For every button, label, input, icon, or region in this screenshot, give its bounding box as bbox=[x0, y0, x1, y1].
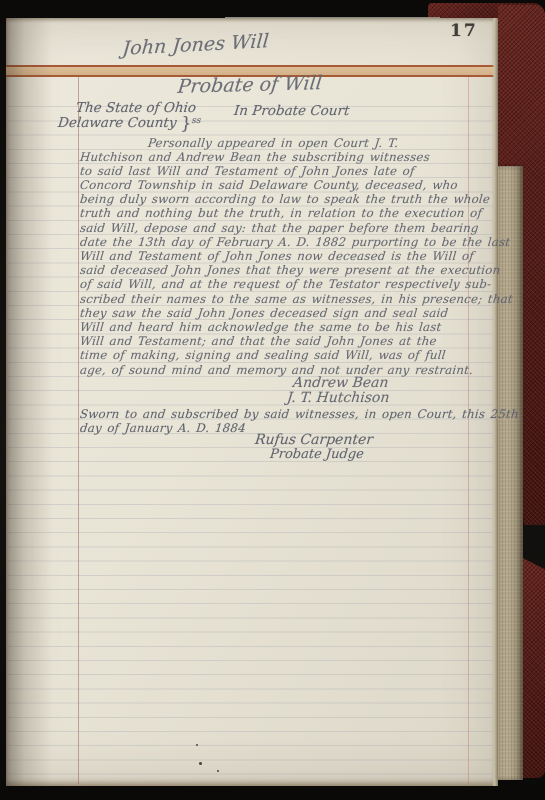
page-number: 17 bbox=[450, 21, 478, 41]
body-line: being duly sworn according to law to spe… bbox=[79, 192, 491, 206]
paper-speck bbox=[199, 762, 202, 765]
body-line: Will and Testament of John Jones now dec… bbox=[79, 249, 474, 263]
witness-signature-1: Andrew Bean bbox=[292, 375, 389, 391]
body-line: Will and Testament; and that the said Jo… bbox=[79, 334, 437, 348]
court-caption: In Probate Court bbox=[233, 103, 350, 119]
ss-label: ss bbox=[191, 116, 201, 126]
body-line: said deceased John Jones that they were … bbox=[79, 263, 501, 277]
gutter-shadow bbox=[6, 18, 52, 786]
body-line: truth and nothing but the truth, in rela… bbox=[79, 206, 483, 220]
right-margin-line bbox=[468, 74, 469, 784]
judge-signature: Rufus Carpenter bbox=[254, 432, 374, 448]
body-line: time of making, signing and sealing said… bbox=[79, 348, 446, 362]
body-line: Hutchison and Andrew Bean the subscribin… bbox=[79, 150, 430, 164]
probate-heading: Probate of Will bbox=[177, 72, 324, 98]
book-spine-cloth bbox=[496, 166, 523, 780]
record-book-scan: 17 John Jones Will Probate of Will The S… bbox=[0, 0, 545, 800]
county-label: Delaware County bbox=[57, 115, 177, 131]
body-line: to said last Will and Testament of John … bbox=[79, 164, 415, 178]
witness-signature-2: J. T. Hutchison bbox=[286, 390, 390, 406]
will-title: John Jones Will bbox=[122, 30, 270, 60]
county-caption: Delaware County }ss bbox=[57, 114, 202, 134]
body-line: said Will, depose and say: that the pape… bbox=[79, 221, 479, 235]
attestation-line-2: day of January A. D. 1884 bbox=[79, 421, 246, 435]
paper-speck bbox=[196, 744, 198, 746]
body-line: Concord Township in said Delaware County… bbox=[79, 178, 458, 192]
body-line: age, of sound mind and memory and not un… bbox=[79, 363, 474, 377]
judge-title: Probate Judge bbox=[269, 447, 364, 462]
body-line: scribed their names to the same as witne… bbox=[79, 292, 513, 306]
attestation-line-1: Sworn to and subscribed by said witnesse… bbox=[79, 407, 519, 421]
body-line: Will and heard him acknowledge the same … bbox=[79, 320, 442, 334]
body-line: date the 13th day of February A. D. 1882… bbox=[79, 235, 511, 249]
ledger-page: 17 John Jones Will Probate of Will The S… bbox=[6, 18, 498, 786]
body-line: of said Will, and at the request of the … bbox=[79, 277, 492, 291]
paper-speck bbox=[217, 770, 219, 772]
body-line: they saw the said John Jones deceased si… bbox=[79, 306, 449, 320]
body-line: Personally appeared in open Court J. T. bbox=[147, 136, 399, 150]
page-edge bbox=[492, 18, 498, 786]
